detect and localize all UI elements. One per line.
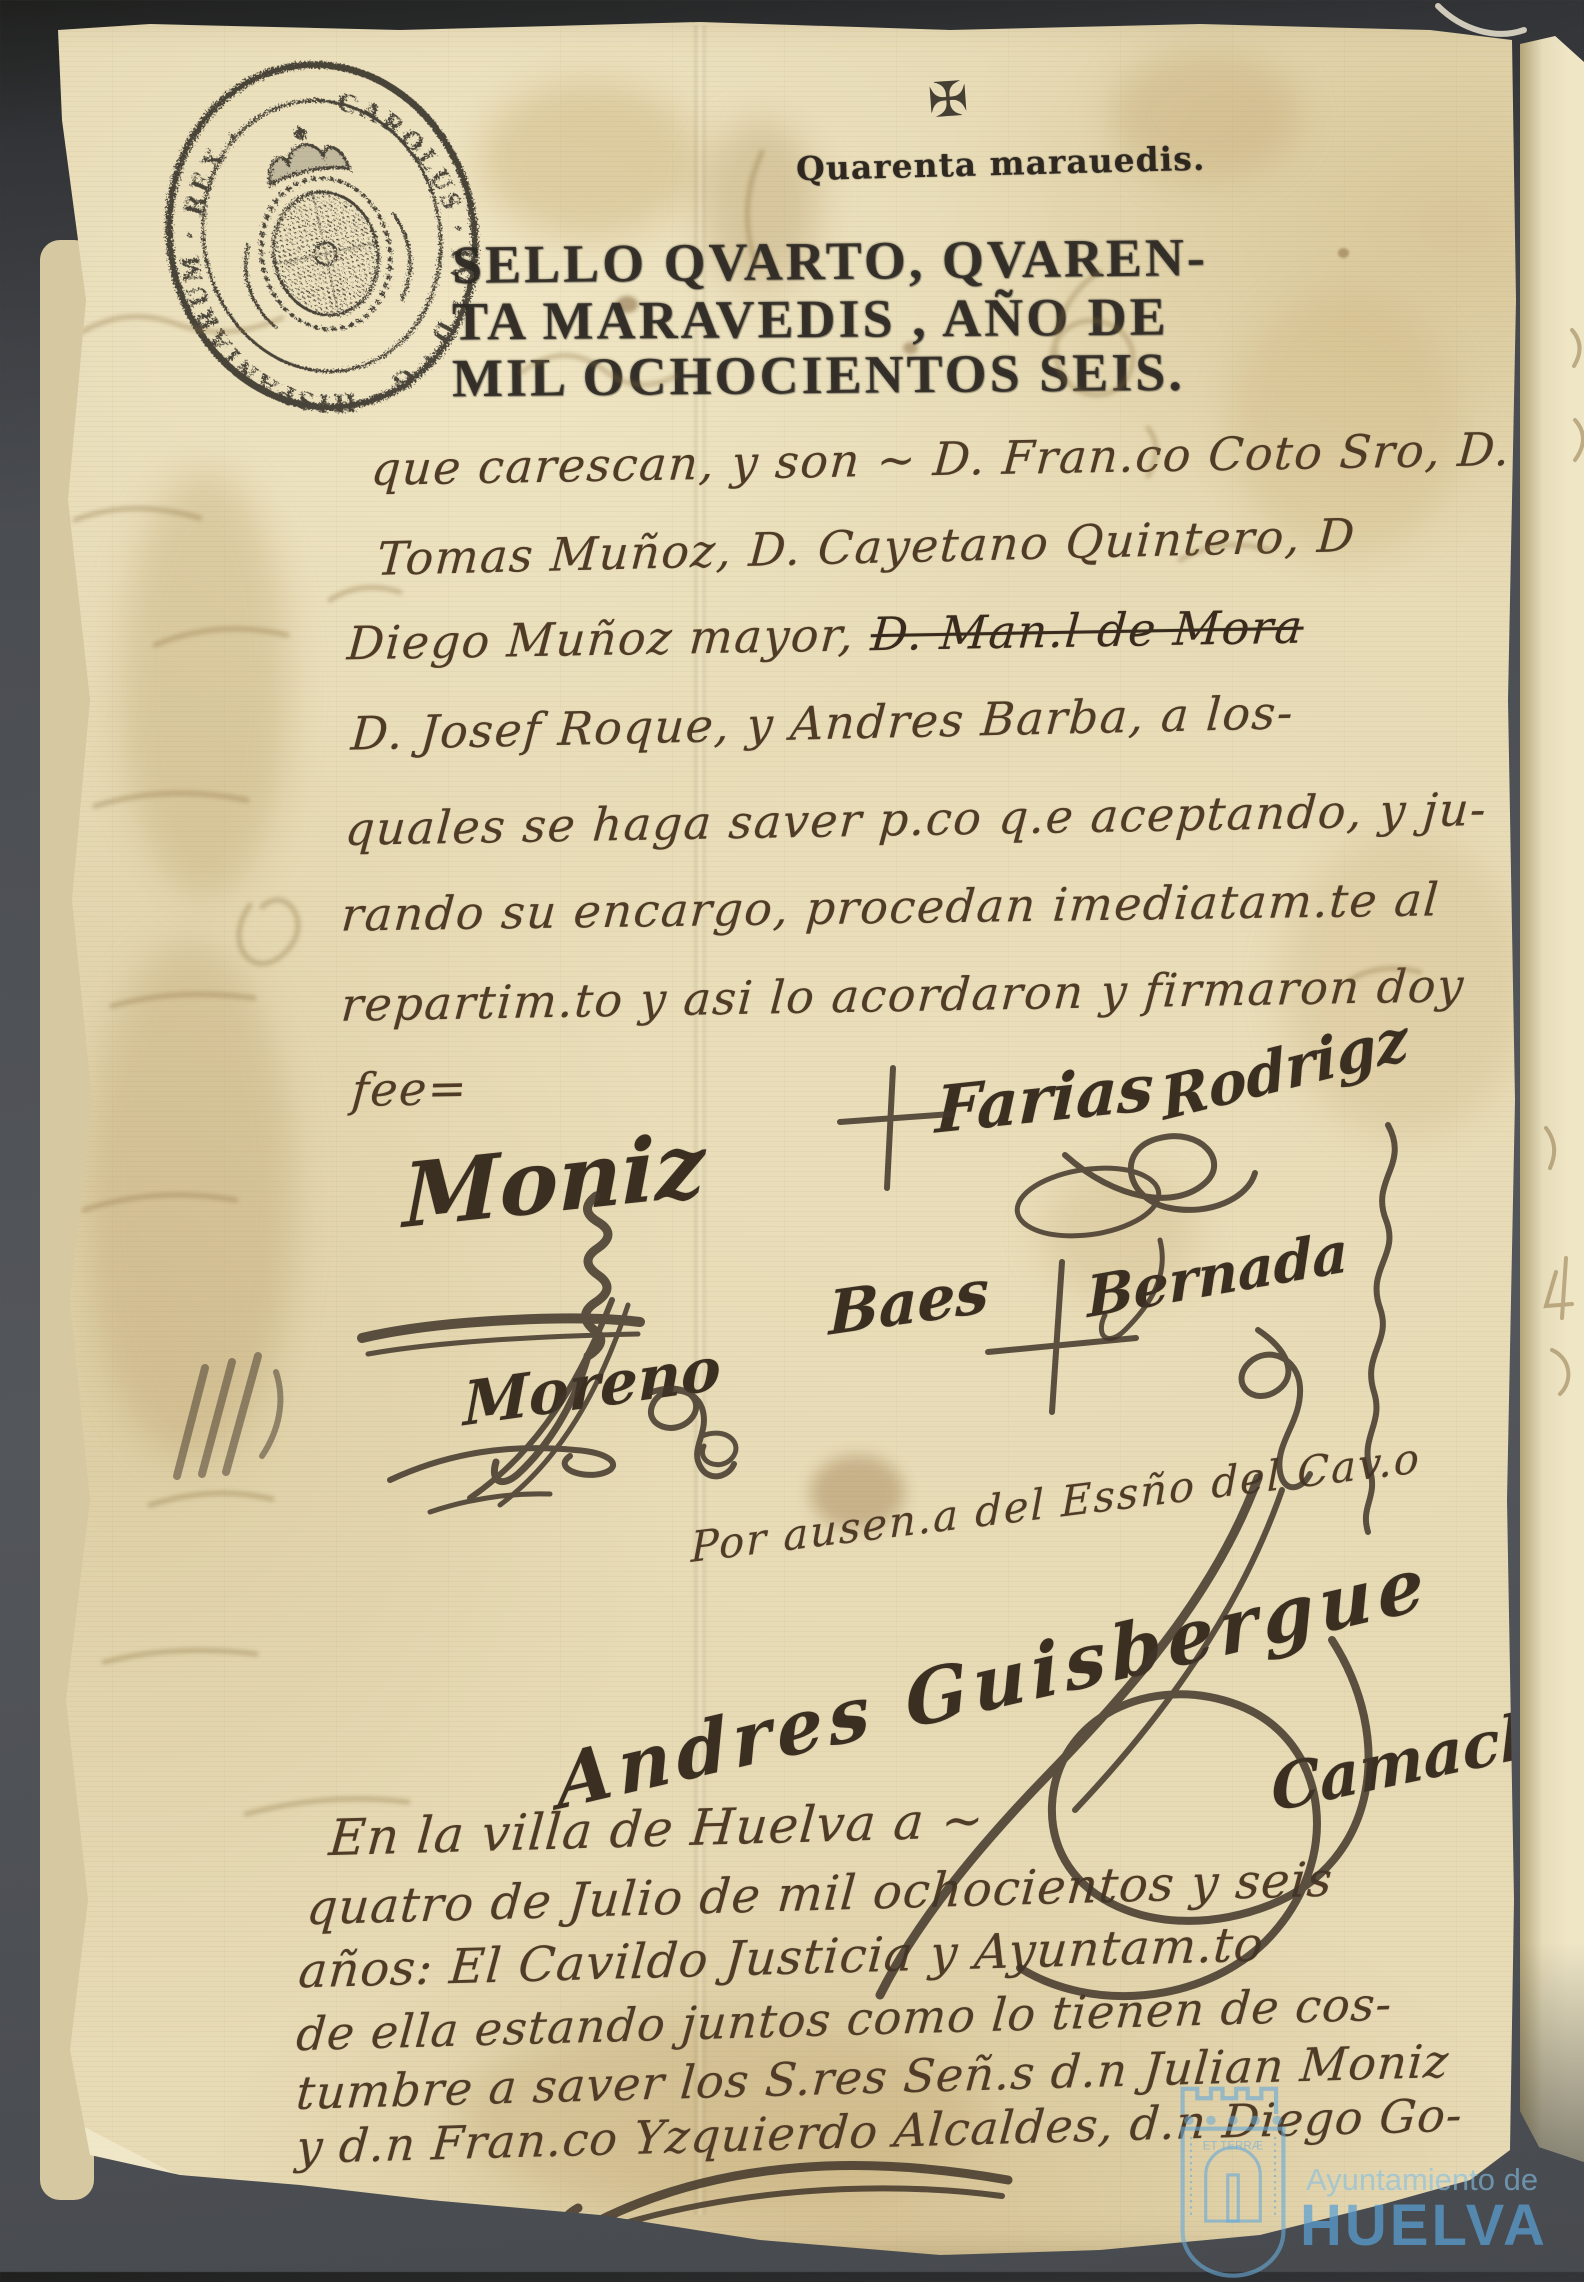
adjacent-page-marks: [1546, 330, 1583, 1394]
page-edge-details: [0, 0, 1584, 2272]
huelva-watermark: ET TERRÆ Ayuntamiento de HUELVA: [1166, 2066, 1584, 2272]
archive-scan: { "stamp": { "cross_ornament": "✠", "val…: [0, 0, 1584, 2272]
huelva-shield-icon: ET TERRÆ: [1170, 2072, 1296, 2272]
watermark-city-label: HUELVA: [1300, 2192, 1548, 2259]
shield-motto: ET TERRÆ: [1203, 2141, 1264, 2153]
binding-thread: [1438, 6, 1524, 34]
